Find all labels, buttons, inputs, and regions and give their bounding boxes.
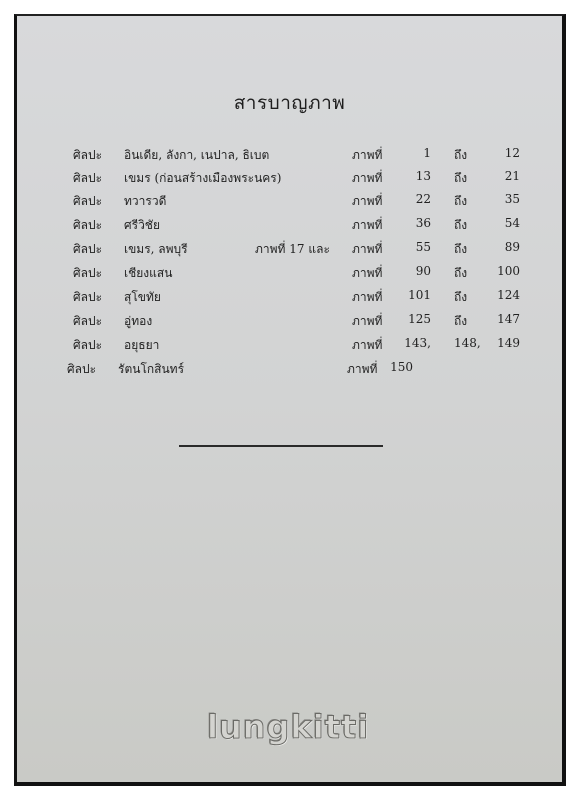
entry-extra: ภาพที่ 17 และ: [255, 240, 330, 259]
entry-label: ภาพที่: [352, 169, 382, 188]
entry-label: ภาพที่: [352, 146, 382, 165]
entry-name: สุโขทัย: [124, 288, 161, 307]
entry-category: ศิลปะ: [67, 360, 96, 379]
toc-entry: ศิลปะ อินเดีย, ลังกา, เนปาล, ธิเบต ภาพที…: [17, 146, 562, 168]
entry-name: อู่ทอง: [124, 312, 152, 331]
entry-from: 13: [395, 169, 431, 183]
entry-to: 124: [480, 288, 520, 302]
entry-category: ศิลปะ: [73, 169, 102, 188]
toc-entry: ศิลปะ เขมร, ลพบุรี ภาพที่ 17 และ ภาพที่ …: [17, 240, 562, 262]
entry-name: รัตนโกสินทร์: [118, 360, 184, 379]
entry-to: 100: [480, 264, 520, 278]
toc-entry: ศิลปะ ทวารวดี ภาพที่ 22 ถึง 35: [17, 192, 562, 214]
toc-entry: ศิลปะ อู่ทอง ภาพที่ 125 ถึง 147: [17, 312, 562, 334]
entry-to: 12: [480, 146, 520, 160]
entry-to: 35: [480, 192, 520, 206]
entry-sep: ถึง: [454, 216, 467, 235]
toc-entry: ศิลปะ ศรีวิชัย ภาพที่ 36 ถึง 54: [17, 216, 562, 238]
entry-name: เชียงแสน: [124, 264, 172, 283]
entry-to: 89: [480, 240, 520, 254]
entry-to: 21: [480, 169, 520, 183]
entry-from: 150: [377, 360, 413, 374]
document-page: สารบาญภาพ ศิลปะ อินเดีย, ลังกา, เนปาล, ธ…: [14, 14, 566, 786]
entry-sep: ถึง: [454, 264, 467, 283]
toc-entry: ศิลปะ สุโขทัย ภาพที่ 101 ถึง 124: [17, 288, 562, 310]
toc-entry: ศิลปะ อยุธยา ภาพที่ 143, 148, 149: [17, 336, 562, 358]
entry-category: ศิลปะ: [73, 264, 102, 283]
entry-label: ภาพที่: [347, 360, 377, 379]
entry-label: ภาพที่: [352, 216, 382, 235]
entry-to: 54: [480, 216, 520, 230]
entry-sep: ถึง: [454, 169, 467, 188]
entry-sep: ถึง: [454, 288, 467, 307]
entry-to: 147: [480, 312, 520, 326]
entry-label: ภาพที่: [352, 264, 382, 283]
entry-category: ศิลปะ: [73, 336, 102, 355]
entry-name: อินเดีย, ลังกา, เนปาล, ธิเบต: [124, 146, 269, 165]
entry-name: เขมร, ลพบุรี: [124, 240, 188, 259]
entry-name: อยุธยา: [124, 336, 159, 355]
entry-sep: ถึง: [454, 240, 467, 259]
entry-from: 22: [395, 192, 431, 206]
entry-to: 149: [480, 336, 520, 350]
entry-category: ศิลปะ: [73, 146, 102, 165]
toc-entry: ศิลปะ เขมร (ก่อนสร้างเมืองพระนคร) ภาพที่…: [17, 169, 562, 191]
entry-sep: ถึง: [454, 146, 467, 165]
entry-category: ศิลปะ: [73, 192, 102, 211]
entry-from: 90: [395, 264, 431, 278]
entry-name: ทวารวดี: [124, 192, 166, 211]
entry-label: ภาพที่: [352, 192, 382, 211]
entry-from: 55: [395, 240, 431, 254]
toc-entry: ศิลปะ เชียงแสน ภาพที่ 90 ถึง 100: [17, 264, 562, 286]
entry-category: ศิลปะ: [73, 216, 102, 235]
entry-name: ศรีวิชัย: [124, 216, 160, 235]
entry-category: ศิลปะ: [73, 288, 102, 307]
entry-category: ศิลปะ: [73, 240, 102, 259]
watermark: lungkitti: [207, 708, 369, 746]
toc-entry: ศิลปะ รัตนโกสินทร์ ภาพที่ 150: [17, 360, 562, 382]
entry-label: ภาพที่: [352, 288, 382, 307]
entry-from: 143,: [395, 336, 431, 350]
entry-label: ภาพที่: [352, 312, 382, 331]
page-title: สารบาญภาพ: [17, 88, 562, 118]
entry-sep: 148,: [454, 336, 481, 350]
entry-from: 1: [395, 146, 431, 160]
entry-from: 36: [395, 216, 431, 230]
entry-label: ภาพที่: [352, 336, 382, 355]
entry-from: 125: [395, 312, 431, 326]
entry-from: 101: [395, 288, 431, 302]
entry-name: เขมร (ก่อนสร้างเมืองพระนคร): [124, 169, 281, 188]
entry-label: ภาพที่: [352, 240, 382, 259]
entry-category: ศิลปะ: [73, 312, 102, 331]
horizontal-rule: [179, 445, 383, 447]
entry-sep: ถึง: [454, 312, 467, 331]
entry-sep: ถึง: [454, 192, 467, 211]
